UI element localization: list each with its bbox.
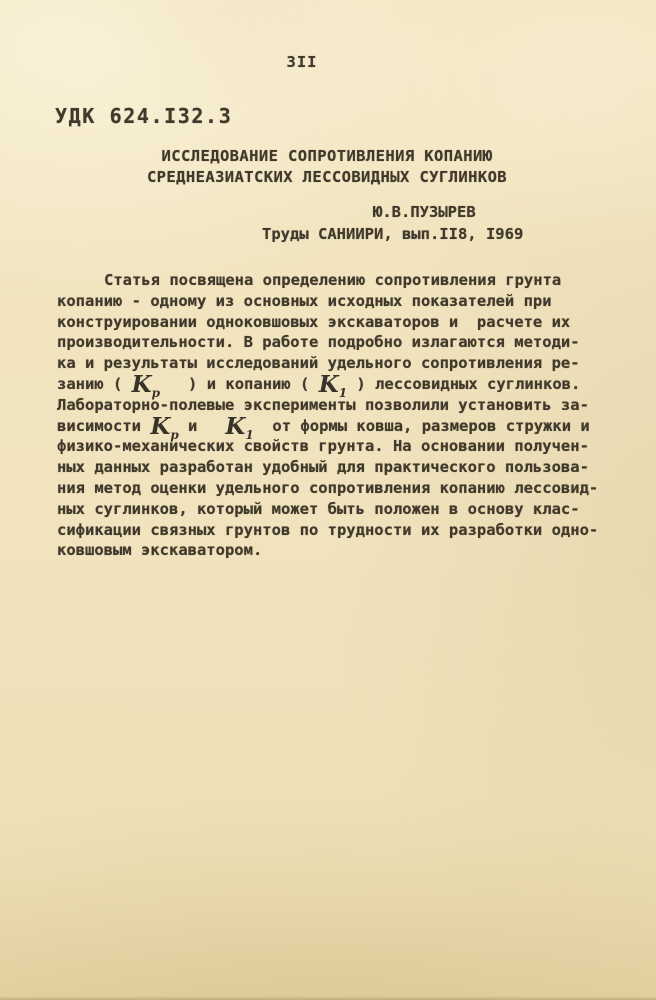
abstract-line: физико-механических свойств грунта. На о… xyxy=(57,436,617,457)
scanned-document-page: 3II УДК 624.I32.3 ИССЛЕДОВАНИЕ СОПРОТИВЛ… xyxy=(0,0,656,1000)
article-title-line-1: ИССЛЕДОВАНИЕ СОПРОТИВЛЕНИЯ КОПАНИЮ xyxy=(0,146,654,167)
source-reference: Труды САНИИРИ, вып.II8, I969 xyxy=(262,225,523,243)
abstract-text: Статья посвящена определению сопротивлен… xyxy=(57,270,617,561)
article-title-line-2: СРЕДНЕАЗИАТСКИХ ЛЕССОВИДНЫХ СУГЛИНКОВ xyxy=(0,167,654,188)
abstract-line: конструировании одноковшовых экскаваторо… xyxy=(57,312,617,333)
abstract-line: Лабораторно-полевые эксперименты позволи… xyxy=(57,395,617,416)
abstract-line: производительности. В работе подробно из… xyxy=(57,332,617,353)
page-number: 3II xyxy=(0,53,604,71)
handwritten-coefficient-symbol: Kр xyxy=(132,371,160,398)
abstract-line: ных данных разработан удобный для практи… xyxy=(57,457,617,478)
abstract-line: копанию - одному из основных исходных по… xyxy=(57,291,617,312)
abstract-line: сификации связных грунтов по трудности и… xyxy=(57,520,617,541)
udc-code: УДК 624.I32.3 xyxy=(55,104,232,128)
abstract-line: ных суглинков, который может быть положе… xyxy=(57,499,617,520)
abstract-line: ния метод оценки удельного сопротивления… xyxy=(57,478,617,499)
abstract-line: ковшовым экскаватором. xyxy=(57,540,617,561)
abstract-line: Статья посвящена определению сопротивлен… xyxy=(57,270,617,291)
handwritten-coefficient-symbol: K1 xyxy=(319,371,347,398)
author-name: Ю.В.ПУЗЫРЕВ xyxy=(373,203,476,221)
abstract-line: висимости Kр и K1 от формы ковша, размер… xyxy=(57,416,617,437)
article-title: ИССЛЕДОВАНИЕ СОПРОТИВЛЕНИЯ КОПАНИЮ СРЕДН… xyxy=(0,146,654,188)
abstract-line: занию ( Kр ) и копанию ( K1 ) лессовидны… xyxy=(57,374,617,395)
